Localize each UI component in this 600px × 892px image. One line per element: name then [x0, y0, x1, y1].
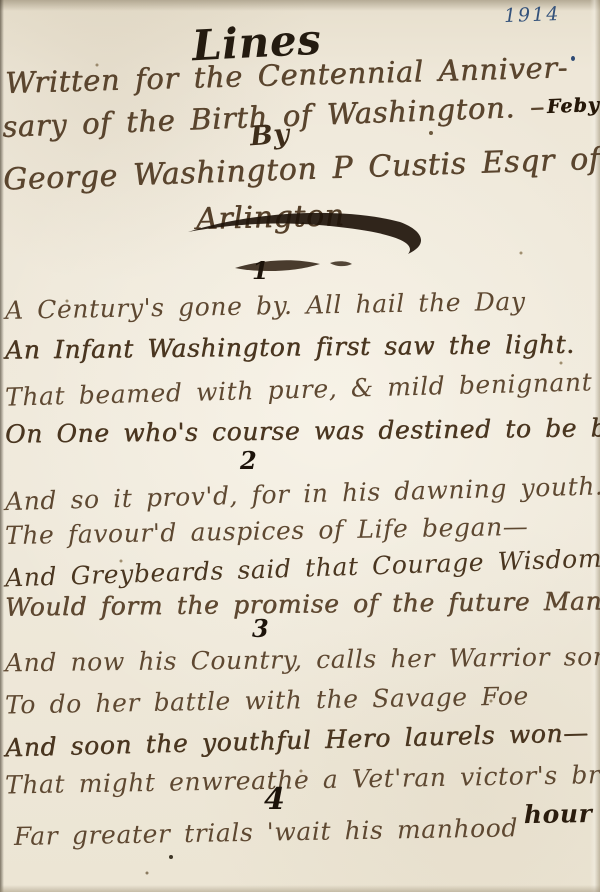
raised-word: hour	[524, 799, 593, 829]
author-place: Arlington	[196, 198, 345, 237]
paper-speckles	[0, 0, 2, 2]
stanza-4: Far greater trials 'wait his manhoodhour	[14, 812, 593, 852]
byline: By	[249, 119, 291, 153]
poem-line: Would form the promise of the future Man…	[5, 581, 600, 625]
date: Feby 22d 1832	[546, 89, 600, 118]
ink-dot	[571, 56, 575, 61]
stanza-number: 1	[252, 256, 269, 285]
manuscript-page: 1914 Lines Written for the Centennial An…	[0, 0, 600, 892]
poem-line: Far greater trials 'wait his manhoodhour	[14, 807, 593, 857]
author-line: George Washington P Custis Esqr of	[3, 142, 600, 198]
paper-edge-bottom	[0, 885, 600, 892]
stanza-1: A Century's gone by. All hail the Day An…	[5, 284, 600, 452]
poem-line: On One who's course was destined to be b…	[5, 407, 600, 456]
stanza-3: And now his Country, calls her Warrior s…	[5, 640, 600, 800]
poem-line-text: Far greater trials 'wait his manhood	[14, 813, 519, 851]
stanza-number: 3	[252, 614, 269, 643]
catalog-number: 1914	[503, 3, 560, 27]
stanza-2: And so it prov'd, for in his dawning you…	[5, 474, 600, 622]
stanza-number: 2	[240, 446, 257, 475]
date-day: Feby 22	[546, 92, 600, 118]
